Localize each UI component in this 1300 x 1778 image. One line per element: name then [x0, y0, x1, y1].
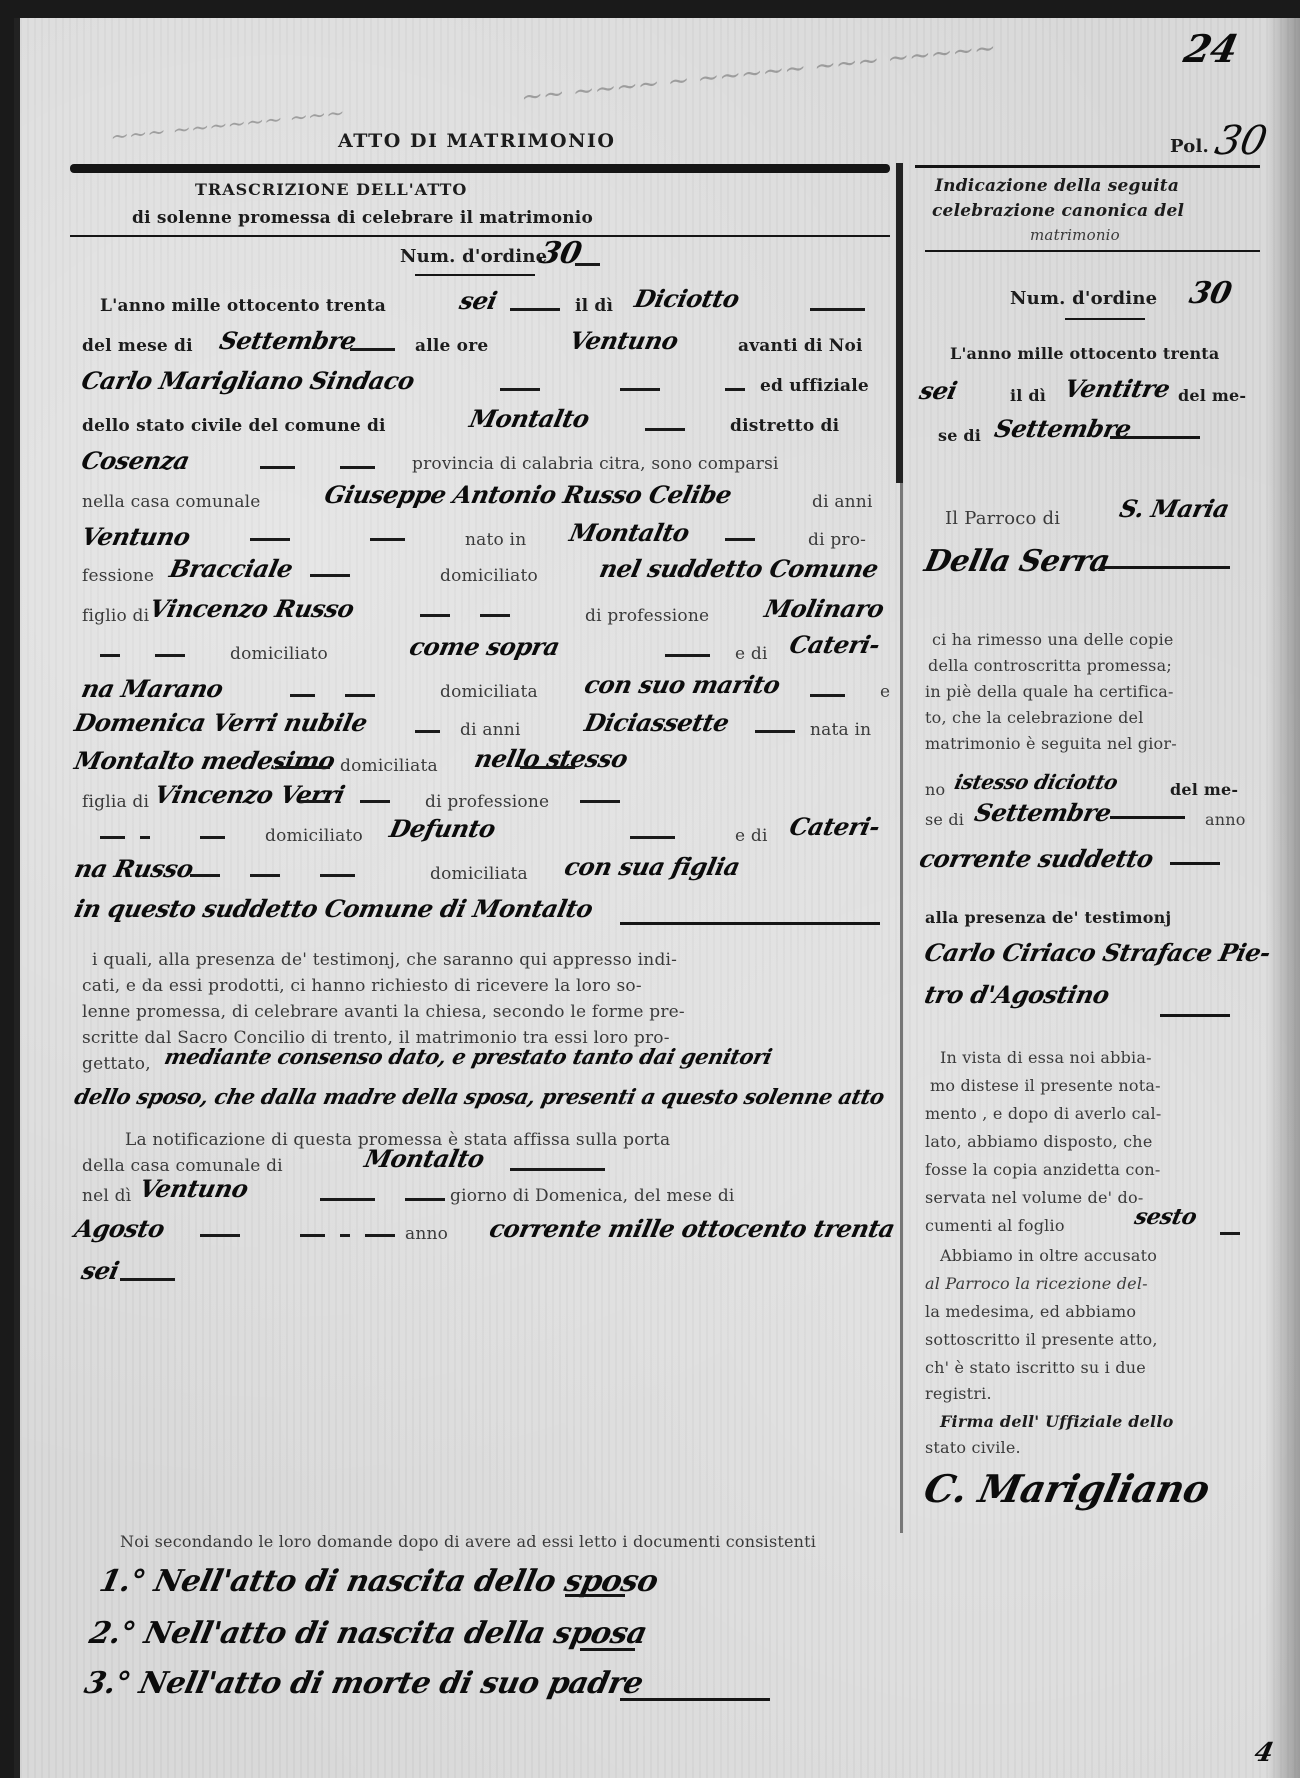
text-domiciled-f: domiciliata: [440, 682, 538, 702]
line-filler: [1110, 816, 1185, 819]
right-order-underline: [1065, 318, 1145, 320]
subtitle-rule: [70, 235, 890, 237]
line-filler: [620, 922, 880, 925]
hand-district: Cosenza: [79, 446, 192, 475]
dash: [250, 538, 290, 541]
hand-groom-birthplace: Montalto: [567, 518, 692, 547]
hand-father-domicile: come sopra: [407, 632, 562, 661]
notification-weekday: giorno di Domenica, del mese di: [450, 1186, 735, 1206]
ack-line: Abbiamo in oltre accusato: [940, 1246, 1157, 1265]
hand-groom-profession: Bracciale: [167, 554, 295, 583]
right-body-line: ci ha rimesso una delle copie: [932, 630, 1174, 649]
document-list-item: 2.° Nell'atto di nascita della sposa: [86, 1616, 650, 1651]
dash: [320, 1198, 375, 1201]
hand-bride-name: Domenica Verri nubile: [72, 708, 370, 737]
dash: [645, 428, 685, 431]
hand-groom-father: Vincenzo Russo: [147, 594, 357, 623]
hand-bride-father: Vincenzo Verri: [152, 780, 347, 809]
folio-hand: sesto: [1132, 1204, 1199, 1230]
dash: [620, 388, 660, 391]
folio-text: cumenti al foglio: [925, 1216, 1065, 1235]
page-edge-shadow: [1266, 18, 1300, 1778]
signature-label: stato civile.: [925, 1438, 1021, 1457]
officer-signature: C. Marigliano: [920, 1466, 1213, 1511]
folio-number: 30: [1211, 118, 1271, 164]
ack-line: la medesima, ed abbiamo: [925, 1302, 1136, 1321]
ack-line: registri.: [925, 1384, 992, 1403]
right-body-line: to, che la celebrazione del: [925, 708, 1144, 727]
text-born-in: nato in: [465, 530, 526, 550]
dash: [755, 730, 795, 733]
hand-notification-year-end: sei: [79, 1256, 122, 1285]
dash: [510, 308, 560, 311]
paragraph-line: gettato,: [82, 1054, 151, 1074]
dash: [155, 654, 185, 657]
hand-bride-birthplace: Montalto medesimo: [72, 746, 338, 775]
hand-day: Diciotto: [632, 284, 742, 313]
witness-names-2: tro d'Agostino: [922, 980, 1112, 1009]
closing-line: lato, abbiamo disposto, che: [925, 1132, 1153, 1151]
right-month-text: del me-: [1178, 386, 1246, 405]
dash: [300, 800, 330, 803]
witness-label: alla presenza de' testimonj: [925, 908, 1171, 927]
closing-line: In vista di essa noi abbia-: [940, 1048, 1152, 1067]
notification-line: della casa comunale di: [82, 1156, 283, 1176]
text-month: del mese di: [82, 336, 193, 356]
dash: [500, 388, 540, 391]
hand-groom-mother-b: na Marano: [79, 674, 226, 703]
hand-comune: Montalto: [467, 404, 592, 433]
dash: [810, 308, 865, 311]
dash: [365, 1234, 395, 1237]
document-list-item: 3.° Nell'atto di morte di suo padre: [81, 1666, 646, 1701]
dash: [275, 766, 330, 769]
text-profession: di professione: [425, 792, 549, 812]
text-years: di anni: [812, 492, 873, 512]
dash: [310, 574, 350, 577]
title-rule: [70, 164, 890, 173]
hand-groom-mother-a: Cateri-: [787, 630, 882, 659]
hand-consent-2: dello sposo, che dalla madre della sposa…: [72, 1084, 886, 1109]
text-domiciled-f: domiciliata: [430, 864, 528, 884]
dash: [100, 836, 125, 839]
column-divider-faint: [900, 483, 903, 1533]
text-town-hall: nella casa comunale: [82, 492, 261, 512]
hand-groom-age: Ventuno: [79, 522, 193, 551]
text-profession: di pro-: [808, 530, 866, 550]
text-father-profession: di professione: [585, 606, 709, 626]
hand-groom-name: Giuseppe Antonio Russo Celibe: [322, 480, 734, 509]
right-day2-hand: istesso diciotto: [952, 770, 1119, 794]
right-year-text: L'anno mille ottocento trenta: [950, 344, 1219, 363]
dash: [300, 1234, 325, 1237]
right-day2-month-text: del me-: [1170, 780, 1238, 799]
line-filler: [580, 1648, 635, 1651]
parroco-parish-2: Della Serra: [921, 544, 1113, 579]
right-day-text: il dì: [1010, 386, 1046, 405]
right-month2-text: se di: [925, 810, 964, 829]
right-header-line: matrimonio: [1030, 226, 1120, 244]
document-title: ATTO DI MATRIMONIO: [338, 130, 615, 152]
dash: [345, 694, 375, 697]
right-body-line: in piè della quale ha certifica-: [925, 682, 1174, 701]
text-domiciled: domiciliato: [230, 644, 328, 664]
bleed-through-text: ~~~ ~~~~~~ ~~~: [110, 101, 346, 151]
closing-line: servata nel volume de' do-: [925, 1188, 1143, 1207]
closing-line: mento , e dopo di averlo cal-: [925, 1104, 1161, 1123]
dash: [350, 348, 395, 351]
dash: [1220, 1232, 1240, 1235]
parroco-parish-1: S. Maria: [1117, 494, 1232, 523]
notification-year: anno: [405, 1224, 448, 1244]
notification-day: nel dì: [82, 1186, 131, 1206]
line-filler: [1160, 1014, 1230, 1017]
dash: [510, 1168, 605, 1171]
dash: [420, 614, 450, 617]
line-filler: [1170, 862, 1220, 865]
signature-label: Firma dell' Uffiziale dello: [940, 1412, 1173, 1431]
hand-notification-comune: Montalto: [362, 1144, 487, 1173]
parroco-label: Il Parroco di: [945, 508, 1060, 529]
paragraph-line: lenne promessa, di celebrare avanti la c…: [82, 1002, 685, 1022]
dash: [250, 874, 280, 877]
right-order-value: 30: [1186, 276, 1234, 311]
right-year2-hand: corrente suddetto: [917, 844, 1156, 873]
closing-line: fosse la copia anzidetta con-: [925, 1160, 1161, 1179]
text-born-in-f: nata in: [810, 720, 871, 740]
dash: [575, 263, 600, 266]
dash: [340, 466, 375, 469]
dash: [725, 538, 755, 541]
right-day-hand: Ventitre: [1062, 374, 1173, 403]
line-filler: [620, 1698, 770, 1701]
order-number-label: Num. d'ordine: [400, 246, 547, 267]
dash: [580, 800, 620, 803]
right-year-hand: sei: [917, 376, 960, 405]
dash: [415, 730, 440, 733]
dash: [190, 874, 220, 877]
right-month2-hand: Settembre: [972, 798, 1114, 827]
right-header-rule: [915, 165, 1260, 168]
dash: [290, 694, 315, 697]
right-year2-text: anno: [1205, 810, 1246, 829]
dash: [200, 836, 225, 839]
dash: [260, 466, 295, 469]
right-header-line: celebrazione canonica del: [932, 201, 1184, 221]
witness-names-1: Carlo Ciriaco Straface Pie-: [922, 938, 1273, 967]
ack-line: al Parroco la ricezione del-: [925, 1274, 1148, 1293]
dash: [100, 654, 120, 657]
text-district: distretto di: [730, 416, 839, 436]
text-domiciled: domiciliato: [440, 566, 538, 586]
text-day: il dì: [575, 296, 613, 316]
line-filler: [1110, 436, 1200, 439]
paragraph-line: cati, e da essi prodotti, ci hanno richi…: [82, 976, 642, 996]
dash: [520, 766, 575, 769]
subtitle-promise: di solenne promessa di celebrare il matr…: [132, 208, 593, 228]
text-year: L'anno mille ottocento trenta: [100, 296, 386, 316]
dash: [340, 1234, 350, 1237]
right-body-line: matrimonio è seguita nel gior-: [925, 734, 1177, 753]
text-domiciled-f: domiciliata: [340, 756, 438, 776]
hand-month: Settembre: [217, 326, 359, 355]
dash: [810, 694, 845, 697]
hand-bride-mother-b: na Russo: [72, 854, 196, 883]
closing-line: mo distese il presente nota-: [930, 1076, 1161, 1095]
dash: [630, 836, 675, 839]
dash: [480, 614, 510, 617]
bleed-through-text: ~~ ~~~~ ~ ~~~~~ ~~~ ~~~~~: [520, 33, 997, 113]
right-month-text: se di: [938, 426, 981, 445]
dash: [120, 1278, 175, 1281]
dash: [405, 1198, 445, 1201]
text-before-us: avanti di Noi: [738, 336, 863, 356]
hand-mother-domicile: con suo marito: [582, 670, 783, 699]
hand-bride-father-status: Defunto: [387, 814, 498, 843]
hand-bride-mother-a: Cateri-: [787, 812, 882, 841]
hand-mayor: Carlo Marigliano Sindaco: [79, 366, 417, 395]
hand-groom-domicile: nel suddetto Comune: [597, 554, 881, 583]
text-domiciled: domiciliato: [265, 826, 363, 846]
right-day2-text: no: [925, 780, 945, 799]
column-divider: [896, 163, 903, 483]
dash: [360, 800, 390, 803]
hand-father-profession: Molinaro: [762, 594, 887, 623]
dash: [370, 538, 405, 541]
hand-consent-1: mediante consenso dato, e prestato tanto…: [162, 1044, 774, 1069]
text-and-of: e di: [735, 826, 768, 846]
right-header-line: Indicazione della seguita: [935, 176, 1179, 196]
right-header-bottom-rule: [925, 250, 1260, 252]
text-and-of: e di: [735, 644, 768, 664]
dash: [140, 836, 150, 839]
dash: [200, 1234, 240, 1237]
line-filler: [1100, 566, 1230, 569]
hand-notification-month: Agosto: [72, 1214, 167, 1243]
right-body-line: della controscritta promessa;: [928, 656, 1172, 675]
text-officer: ed uffiziale: [760, 376, 869, 396]
hand-residence-comune: in questo suddetto Comune di Montalto: [72, 894, 596, 923]
text-years: di anni: [460, 720, 521, 740]
text-province: provincia di calabria citra, sono compar…: [412, 454, 779, 474]
document-page: ~~ ~~~~ ~ ~~~~~ ~~~ ~~~~~ ~~~ ~~~~~~ ~~~…: [14, 18, 1300, 1778]
hand-bride-mother-domicile: con sua figlia: [562, 852, 742, 881]
right-order-label: Num. d'ordine: [1010, 288, 1157, 309]
dash: [665, 654, 710, 657]
ack-line: ch' è stato iscritto su i due: [925, 1358, 1146, 1377]
dash: [320, 874, 355, 877]
text-and: e: [880, 682, 890, 702]
text-hour: alle ore: [415, 336, 488, 356]
footer-print-line: Noi secondando le loro domande dopo di a…: [120, 1532, 816, 1551]
dash: [725, 388, 745, 391]
page-number: 24: [1180, 26, 1241, 71]
text-fessione: fessione: [82, 566, 154, 586]
order-underline: [415, 274, 535, 276]
subtitle-transcription: TRASCRIZIONE DELL'ATTO: [195, 180, 467, 199]
folio-label: Pol.: [1170, 136, 1209, 157]
hand-bride-age: Diciassette: [582, 708, 732, 737]
ack-line: sottoscritto il presente atto,: [925, 1330, 1158, 1349]
paragraph-line: i quali, alla presenza de' testimonj, ch…: [92, 950, 677, 970]
hand-year: sei: [457, 286, 500, 315]
hand-hour: Ventuno: [567, 326, 681, 355]
line-filler: [565, 1594, 625, 1597]
hand-notification-day: Ventuno: [137, 1174, 251, 1203]
text-daughter-of: figlia di: [82, 792, 149, 812]
text-son-of: figlio di: [82, 606, 149, 626]
hand-notification-year: corrente mille ottocento trenta: [487, 1214, 897, 1243]
text-civil-state: dello stato civile del comune di: [82, 416, 386, 436]
